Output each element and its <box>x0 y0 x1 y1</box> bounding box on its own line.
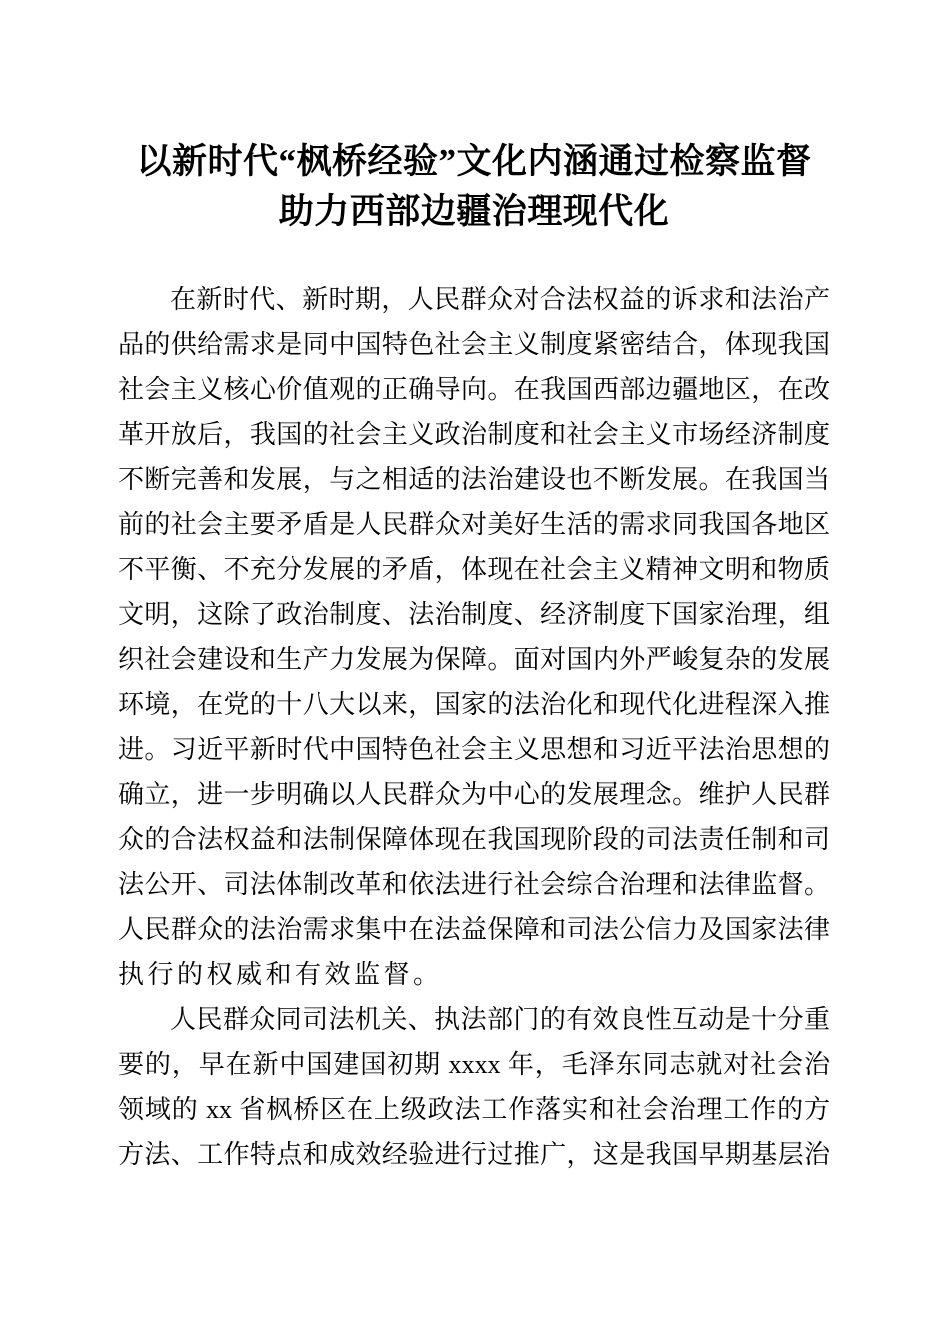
document-title: 以新时代“枫桥经验”文化内涵通过检察监督 助力西部边疆治理现代化 <box>118 137 830 237</box>
body-text-line: 进。习近平新时代中国特色社会主义思想和习近平法治思想的 <box>118 727 830 772</box>
body-text-line: 在新时代、新时期，人民群众对合法权益的诉求和法治产 <box>118 277 830 322</box>
document-page: 以新时代“枫桥经验”文化内涵通过检察监督 助力西部边疆治理现代化 在新时代、新时… <box>0 0 950 1344</box>
body-text-line: 文明，这除了政治制度、法治制度、经济制度下国家治理，组 <box>118 592 830 637</box>
body-text-line: 方法、工作特点和成效经验进行过推广，这是我国早期基层治 <box>118 1132 830 1177</box>
document-title-line-1: 以新时代“枫桥经验”文化内涵通过检察监督 <box>118 137 830 187</box>
body-text-line: 品的供给需求是同中国特色社会主义制度紧密结合，体现我国 <box>118 322 830 367</box>
body-text-line: 织社会建设和生产力发展为保障。面对国内外严峻复杂的发展 <box>118 637 830 682</box>
body-text-line: 领域的 xx 省枫桥区在上级政法工作落实和社会治理工作的方式 <box>118 1087 830 1132</box>
body-text-line: 法公开、司法体制改革和依法进行社会综合治理和法律监督。 <box>118 862 830 907</box>
body-text-line: 不断完善和发展，与之相适的法治建设也不断发展。在我国当 <box>118 457 830 502</box>
document-title-line-2: 助力西部边疆治理现代化 <box>118 187 830 237</box>
body-text-line: 前的社会主要矛盾是人民群众对美好生活的需求同我国各地区 <box>118 502 830 547</box>
body-text-line: 革开放后，我国的社会主义政治制度和社会主义市场经济制度 <box>118 412 830 457</box>
body-text-line: 人民群众同司法机关、执法部门的有效良性互动是十分重 <box>118 997 830 1042</box>
body-text-line: 众的合法权益和法制保障体现在我国现阶段的司法责任制和司 <box>118 817 830 862</box>
paragraph: 人民群众同司法机关、执法部门的有效良性互动是十分重要的，早在新中国建国初期 xx… <box>118 997 830 1177</box>
body-text-line: 执行的权威和有效监督。 <box>118 952 830 997</box>
body-text-line: 人民群众的法治需求集中在法益保障和司法公信力及国家法律 <box>118 907 830 952</box>
paragraph: 在新时代、新时期，人民群众对合法权益的诉求和法治产品的供给需求是同中国特色社会主… <box>118 277 830 997</box>
body-text-line: 不平衡、不充分发展的矛盾，体现在社会主义精神文明和物质 <box>118 547 830 592</box>
document-body: 在新时代、新时期，人民群众对合法权益的诉求和法治产品的供给需求是同中国特色社会主… <box>118 277 830 1177</box>
body-text-line: 确立，进一步明确以人民群众为中心的发展理念。维护人民群 <box>118 772 830 817</box>
body-text-line: 要的，早在新中国建国初期 xxxx 年，毛泽东同志就对社会治理 <box>118 1042 830 1087</box>
body-text-line: 社会主义核心价值观的正确导向。在我国西部边疆地区，在改 <box>118 367 830 412</box>
body-text-line: 环境，在党的十八大以来，国家的法治化和现代化进程深入推 <box>118 682 830 727</box>
